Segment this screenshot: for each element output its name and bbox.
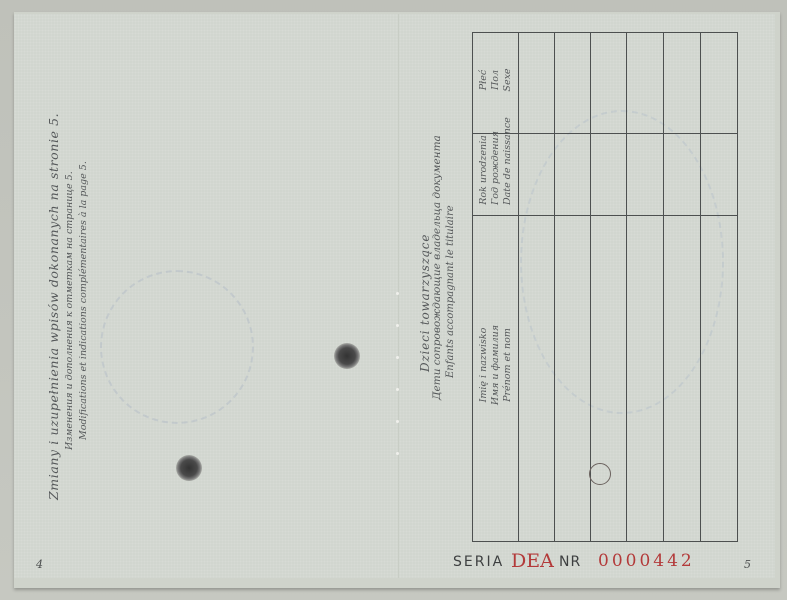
header-birth-year: Rok urodzenia Год рождения Date de naiss…	[478, 135, 514, 205]
header-divider	[472, 215, 519, 216]
right-title-fr: Enfants accompagnant le titulaire	[445, 205, 456, 378]
table-divider	[518, 32, 519, 542]
header-name: Imię i nazwisko Имя и фамилия Prénom et …	[478, 310, 514, 420]
stitch	[396, 388, 399, 391]
punch-hole	[334, 343, 360, 369]
stitch	[396, 356, 399, 359]
left-title-fr: Modifications et indications complémenta…	[78, 161, 89, 440]
left-title-ru: Изменения и дополнения к отметкам на стр…	[64, 171, 75, 450]
page-number-right: 5	[744, 558, 751, 571]
printed-circle	[589, 463, 611, 485]
nr-value: 0000442	[598, 551, 695, 571]
left-title-pl: Zmiany i uzupełnienia wpisów dokonanych …	[46, 113, 61, 500]
seria-label: SERIA	[453, 554, 504, 570]
header-sex: Płeć Пол Sexe	[478, 50, 514, 110]
right-title-pl: Dzieci towarzyszące	[418, 234, 432, 372]
embossed-seal	[100, 270, 254, 424]
table-divider	[554, 32, 555, 542]
table-divider	[700, 32, 701, 542]
stitch	[396, 292, 399, 295]
table-column-divider	[519, 215, 738, 216]
table-divider	[626, 32, 627, 542]
table-column-divider	[519, 133, 738, 134]
punch-hole	[176, 455, 202, 481]
nr-label: NR	[559, 554, 581, 570]
page-number-left: 4	[36, 558, 43, 571]
stitch	[396, 420, 399, 423]
right-title-ru: Дети сопровождающие владельца документа	[431, 135, 443, 400]
stitch	[396, 452, 399, 455]
seria-value: DEA	[511, 550, 554, 572]
stitch	[396, 324, 399, 327]
table-divider	[663, 32, 664, 542]
